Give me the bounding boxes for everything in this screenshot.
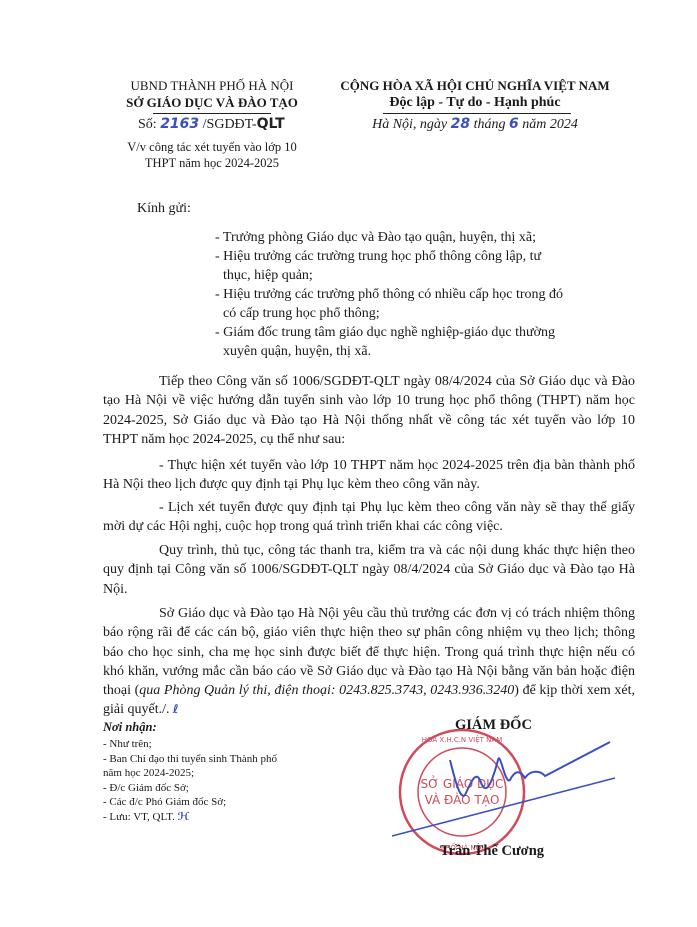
recipients-footer-list: - Như trên; - Ban Chỉ đạo thi tuyển sinh… — [103, 737, 293, 824]
department-underline — [153, 113, 271, 114]
department-name: SỞ GIÁO DỤC VÀ ĐÀO TẠO — [98, 95, 326, 111]
signer-title: GIÁM ĐỐC — [455, 717, 532, 734]
list-item: - Đ/c Giám đốc Sở; — [103, 781, 293, 796]
number-code: /SGDĐT- — [203, 117, 257, 132]
document-number: Số: 2163 /SGDĐT-QLT — [138, 116, 285, 133]
number-prefix: Số: — [138, 117, 157, 132]
signer-name: Trần Thế Cương — [440, 843, 544, 860]
subject-line-2: THPT năm học 2024-2025 — [98, 156, 326, 171]
list-item: - Các đ/c Phó Giám đốc Sở; — [103, 795, 293, 810]
subject-line-1: V/v công tác xét tuyển vào lớp 10 — [98, 140, 326, 155]
motto-underline — [383, 113, 571, 114]
body-paragraph-2: - Thực hiện xét tuyển vào lớp 10 THPT nă… — [103, 456, 635, 495]
recipients-footer-title: Nơi nhận: — [103, 720, 157, 735]
body-paragraph-1: Tiếp theo Công văn số 1006/SGDĐT-QLT ngà… — [103, 372, 635, 449]
date-month-label: tháng — [474, 117, 506, 132]
authority-name: UBND THÀNH PHỐ HÀ NỘI — [98, 78, 326, 94]
list-item: - Lưu: VT, QLT. ℋ — [103, 810, 293, 825]
date-month: 6 — [509, 116, 519, 132]
body-paragraph-5: Sở Giáo dục và Đào tạo Hà Nội yêu cầu th… — [103, 604, 635, 720]
nation-title: CỘNG HÒA XÃ HỘI CHỦ NGHĨA VIỆT NAM — [330, 78, 620, 94]
date-year: năm 2024 — [522, 117, 578, 132]
recipient-item: - Trưởng phòng Giáo dục và Đào tạo quận,… — [215, 228, 635, 247]
list-item: - Ban Chỉ đạo thi tuyển sinh Thành phố n… — [103, 752, 293, 781]
body-paragraph-4: Quy trình, thủ tục, công tác thanh tra, … — [103, 541, 635, 599]
handwritten-suffix: QLT — [257, 116, 285, 132]
handwritten-number: 2163 — [160, 116, 199, 132]
salutation: Kính gửi: — [137, 201, 191, 217]
recipient-item: - Giám đốc trung tâm giáo dục nghề nghiệ… — [215, 323, 635, 361]
motto: Độc lập - Tự do - Hạnh phúc — [330, 95, 620, 111]
recipient-item: - Hiệu trưởng các trường phổ thông có nh… — [215, 285, 635, 323]
document-date: Hà Nội, ngày 28 tháng 6 năm 2024 — [330, 116, 620, 133]
date-place: Hà Nội, ngày — [372, 117, 447, 132]
handwritten-signature-icon — [380, 740, 620, 860]
list-item: - Như trên; — [103, 737, 293, 752]
body-paragraph-3: - Lịch xét tuyển được quy định tại Phụ l… — [103, 498, 635, 537]
recipient-item: - Hiệu trưởng các trường trung học phổ t… — [215, 247, 635, 285]
recipient-list: - Trưởng phòng Giáo dục và Đào tạo quận,… — [215, 228, 635, 361]
date-day: 28 — [451, 116, 470, 132]
